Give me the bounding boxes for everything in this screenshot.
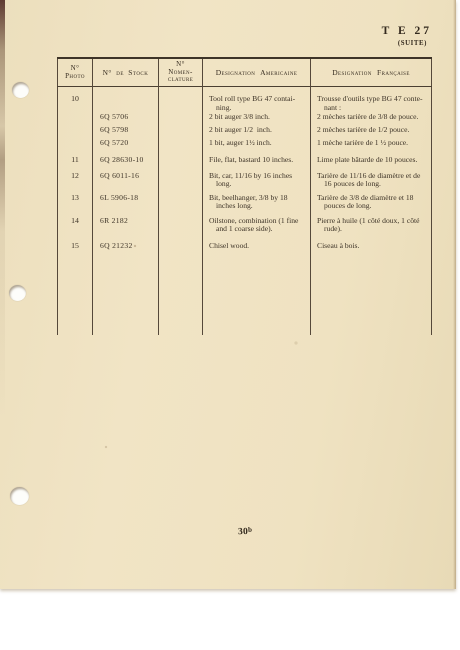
designation-french: Tarière de 3/8 de diamètre et 18 pouces … [311, 191, 432, 213]
photo-number: 10 [58, 87, 93, 113]
nomenclature-number [159, 126, 203, 139]
stock-number: 6R 2182 [93, 213, 159, 238]
column-header-photo: N° Photo [58, 58, 93, 87]
punch-hole [10, 487, 29, 505]
nomenclature-number [159, 152, 203, 169]
table-row: 12 6Q 6011-16 Bit, car, 11/16 by 16 inch… [58, 169, 432, 191]
designation-american: 2 bit auger 3/8 inch. [203, 113, 311, 126]
nomenclature-number [159, 238, 203, 251]
nomenclature-number [159, 113, 203, 126]
designation-french: 2 mèches tarière de 1/2 pouce. [311, 126, 432, 139]
punch-hole [9, 285, 26, 301]
nomenclature-number [159, 169, 203, 191]
designation-american: Oilstone, combination (1 fine and 1 coar… [203, 213, 311, 238]
photo-number [58, 139, 93, 152]
stock-number: 6Q 6011-16 [93, 169, 159, 191]
stock-number: 6Q 5706 [93, 113, 159, 126]
table-row: 13 6L 5906-18 Bit, beelhanger, 3/8 by 18… [58, 191, 432, 213]
designation-american: Bit, car, 11/16 by 16 inches long. [203, 169, 311, 191]
designation-french: Ciseau à bois. [311, 238, 432, 251]
column-header-nomenclature: N° Nomen- clature [159, 58, 203, 87]
table-row: 6Q 5720 1 bit, auger 1½ inch. 1 mèche ta… [58, 139, 432, 152]
punch-hole [12, 82, 29, 98]
stock-number: 6Q 5720 [93, 139, 159, 152]
photo-number: 15 [58, 238, 93, 251]
photo-number: 13 [58, 191, 93, 213]
designation-french: Trousse d'outils type BG 47 conte- nant … [311, 87, 432, 113]
stock-number: 6Q 28630-10 [93, 152, 159, 169]
photo-number [58, 113, 93, 126]
nomenclature-number [159, 87, 203, 113]
designation-american: 2 bit auger 1/2 inch. [203, 126, 311, 139]
photo-number: 12 [58, 169, 93, 191]
designation-american: Bit, beelhanger, 3/8 by 18 inches long. [203, 191, 311, 213]
nomenclature-number [159, 139, 203, 152]
table-row: 6Q 5798 2 bit auger 1/2 inch. 2 mèches t… [58, 126, 432, 139]
nomenclature-number [159, 191, 203, 213]
designation-american: File, flat, bastard 10 inches. [203, 152, 311, 169]
column-header-stock: N° de Stock [93, 58, 159, 87]
stock-number [93, 87, 159, 113]
equipment-table: N° Photo N° de Stock N° Nomen- clature D… [57, 57, 432, 335]
page-number: 30b [238, 527, 253, 537]
table-row: 10 Tool roll type BG 47 contai- ning. Tr… [58, 87, 432, 113]
column-header-american: Designation Americaine [203, 58, 311, 87]
column-header-french: Designation Française [311, 58, 432, 87]
designation-french: Lime plate bâtarde de 10 pouces. [311, 152, 432, 169]
stock-number: 6L 5906-18 [93, 191, 159, 213]
table-row: 11 6Q 28630-10 File, flat, bastard 10 in… [58, 152, 432, 169]
table-row: 14 6R 2182 Oilstone, combination (1 fine… [58, 213, 432, 238]
table-header-row: N° Photo N° de Stock N° Nomen- clature D… [58, 58, 432, 87]
page-edge-shadow-left [0, 0, 5, 420]
stock-number: 6Q 5798 [93, 126, 159, 139]
photo-number [58, 126, 93, 139]
nomenclature-number [159, 213, 203, 238]
page-edge-shadow-right [453, 0, 456, 589]
designation-american: Chisel wood. [203, 238, 311, 251]
photo-number: 14 [58, 213, 93, 238]
designation-french: 1 mèche tarière de 1 ½ pouce. [311, 139, 432, 152]
table-row: 15 6Q 21232 Chisel wood. Ciseau à bois. [58, 238, 432, 251]
designation-american: 1 bit, auger 1½ inch. [203, 139, 311, 152]
designation-french: Tarière de 11/16 de diamètre et de 16 po… [311, 169, 432, 191]
designation-french: Pierre à huile (1 côté doux, 1 côté rude… [311, 213, 432, 238]
table-row: 6Q 5706 2 bit auger 3/8 inch. 2 mèches t… [58, 113, 432, 126]
photo-number: 11 [58, 152, 93, 169]
designation-american: Tool roll type BG 47 contai- ning. [203, 87, 311, 113]
stock-number: 6Q 21232 [93, 238, 159, 251]
table-empty-space [58, 251, 432, 335]
designation-french: 2 mèches tarière de 3/8 de pouce. [311, 113, 432, 126]
document-reference: T E 27 [382, 25, 432, 37]
scanned-page: T E 27 (SUITE) N° Photo N° de Stock N° N… [0, 0, 456, 589]
document-reference-suite: (SUITE) [398, 40, 427, 47]
